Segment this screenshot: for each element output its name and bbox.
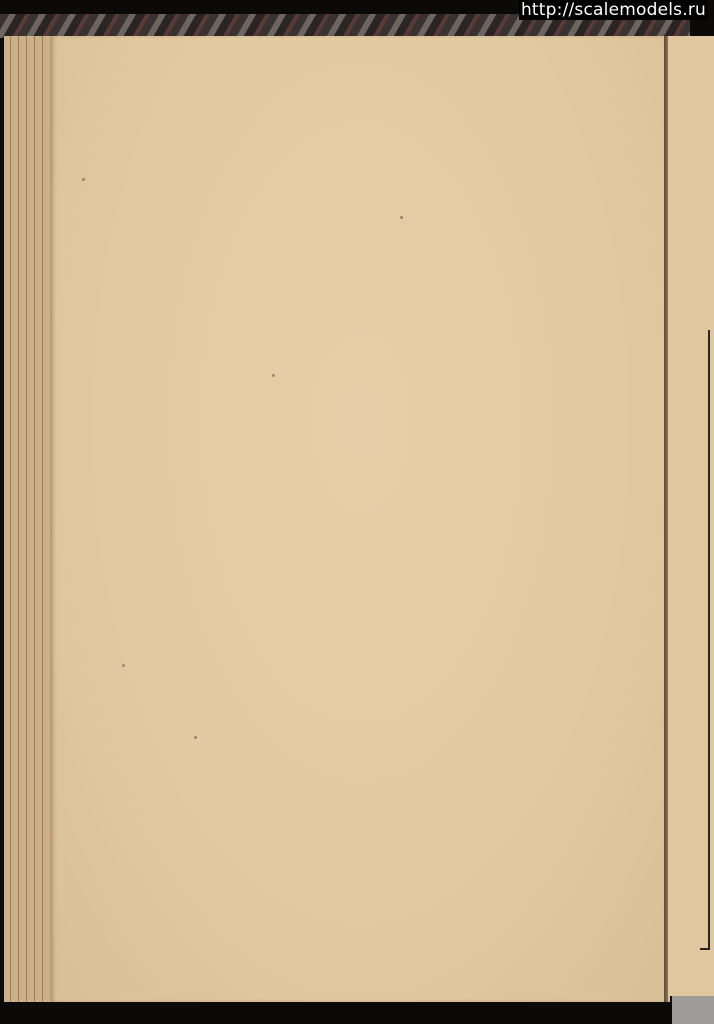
page-edge-line	[18, 36, 19, 1002]
watermark: http://scalemodels.ru	[519, 0, 708, 20]
page-edge-line	[26, 36, 27, 1002]
scan-background	[672, 996, 714, 1024]
dust-speck	[194, 736, 197, 739]
blank-page	[50, 36, 670, 1002]
dust-speck	[82, 178, 85, 181]
dust-speck	[400, 216, 403, 219]
page-edge-line	[10, 36, 11, 1002]
dust-speck	[272, 374, 275, 377]
page-edge-line	[42, 36, 43, 1002]
facing-page-frame-line	[700, 948, 710, 950]
facing-page-frame-line	[708, 330, 710, 950]
page-edge-line	[34, 36, 35, 1002]
dust-speck	[122, 664, 125, 667]
